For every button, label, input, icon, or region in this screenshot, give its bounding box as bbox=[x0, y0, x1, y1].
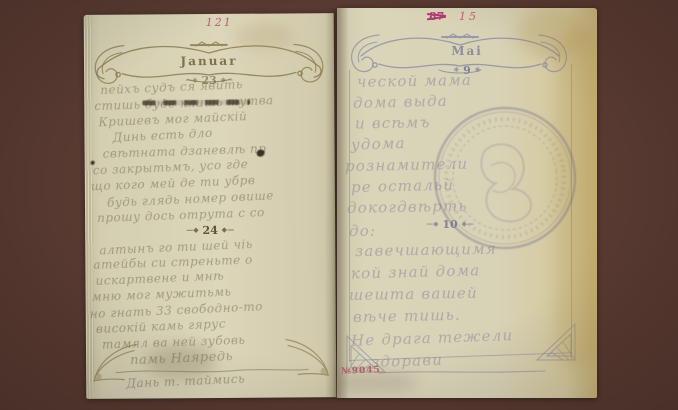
handwriting-line: свѣтната дзаневлѣ пр bbox=[102, 141, 266, 160]
left-folio-number: 121 bbox=[206, 16, 233, 29]
month-title-left: Januar bbox=[84, 53, 334, 69]
handwriting-line: но гнать 33 свободно-то bbox=[89, 299, 263, 321]
asterisk-ornament-icon: ✳ bbox=[475, 65, 481, 74]
divider-ornament-icon: —◆ bbox=[185, 75, 197, 84]
day-marker-23: —◆ 23 ◆— bbox=[84, 73, 334, 88]
ink-blot bbox=[257, 150, 265, 157]
handwriting-line: атейбы си стреньте о bbox=[93, 253, 253, 272]
handwriting-line: шешта вашей bbox=[349, 284, 478, 304]
crossed-out-number: 87 bbox=[429, 10, 444, 23]
right-folio-number: 15 bbox=[459, 10, 479, 23]
day-marker-24: —◆ 24 ◆— bbox=[85, 223, 335, 238]
underline-rule-icon bbox=[377, 368, 547, 376]
divider-ornament-icon: ◆— bbox=[222, 225, 234, 234]
photograph: 121 bbox=[0, 0, 678, 410]
month-title-right: Mai bbox=[337, 44, 597, 58]
handwriting-line: алтынъ го ти шей чіь bbox=[99, 237, 253, 257]
handwriting-line: удома bbox=[351, 134, 406, 154]
handwriting-line: искартвене и мнѣ bbox=[95, 269, 224, 288]
handwriting-line: що кого мей де ти убрв bbox=[91, 173, 256, 193]
handwriting-line: и всѣмъ bbox=[355, 113, 431, 132]
inventory-number-stamp: №9045 bbox=[341, 365, 381, 376]
handwriting-line: прошу дось отрута с со bbox=[97, 205, 265, 225]
seal-stamp-icon bbox=[431, 104, 579, 252]
day-marker-9: ✳ 9 ✳ bbox=[337, 64, 597, 77]
open-diary-book: 121 bbox=[85, 8, 597, 400]
handwriting-line: со закрытьмъ, усо где bbox=[93, 157, 249, 178]
right-page: 87 15 bbox=[337, 8, 597, 398]
asterisk-ornament-icon: ✳ bbox=[453, 65, 459, 74]
ink-smudge bbox=[142, 100, 250, 106]
divider-ornament-icon: —◆ bbox=[186, 225, 198, 234]
bottom-rule-icon bbox=[114, 365, 310, 376]
frame-border bbox=[349, 70, 350, 362]
handwriting-line: до: bbox=[349, 222, 377, 240]
handwriting-line: будь глядь номер овише bbox=[107, 188, 274, 210]
handwriting-line: Динь есть дло bbox=[112, 126, 213, 145]
handwriting-line: Кришевъ мог майскій bbox=[98, 109, 247, 129]
left-page: 121 bbox=[84, 13, 337, 399]
handwriting-line: кой знай дома bbox=[351, 261, 481, 282]
divider-ornament-icon: ◆— bbox=[221, 75, 233, 84]
handwriting-line: вѣче тишь. bbox=[353, 306, 461, 326]
handwriting-line: високій камь гярус bbox=[96, 317, 227, 336]
handwriting-line: мню мог мужитьмь bbox=[91, 285, 231, 304]
ink-blot bbox=[91, 161, 95, 165]
